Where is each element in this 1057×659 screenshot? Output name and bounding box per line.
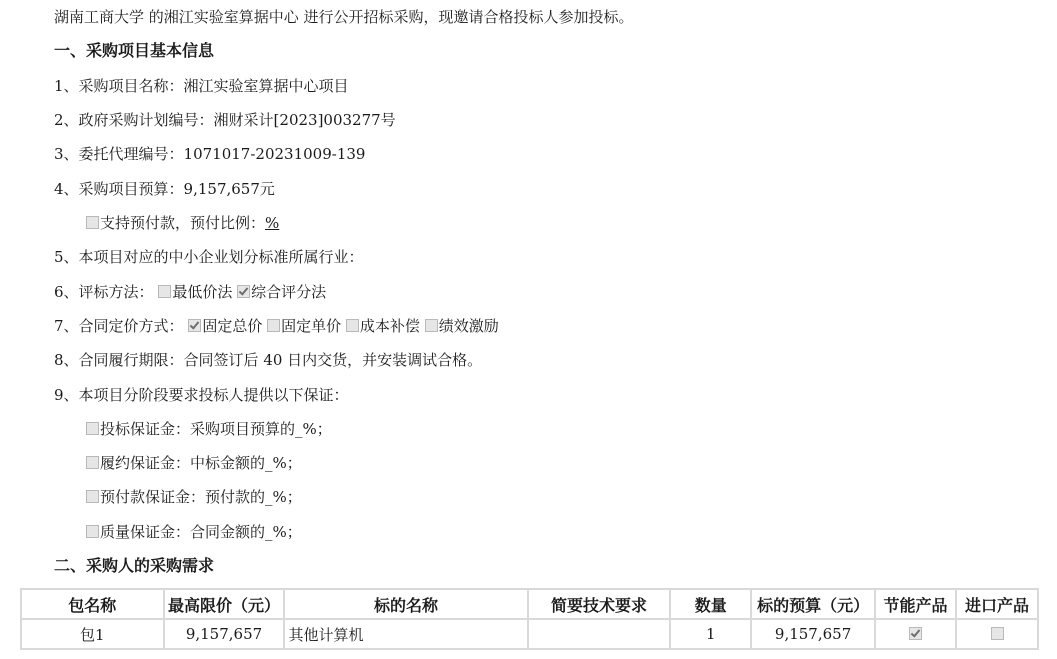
label-prepayment-guarantee: 预付款保证金：预付款的_%； [100,488,302,506]
checkbox-performance-incentive[interactable] [425,319,438,332]
guarantee-prepayment: 预付款保证金：预付款的_%； [86,487,302,507]
section2-heading: 二、采购人的采购需求 [54,556,214,576]
item-agency-number: 3、委托代理编号：1071017-20231009-139 [54,144,365,164]
checkbox-bid-guarantee[interactable] [86,422,99,435]
pricing-method-label: 7、合同定价方式： [54,317,184,335]
table-header-row: 包名称 最高限价（元） 标的名称 简要技术要求 数量 标的预算（元） 节能产品 … [21,589,1038,619]
item-industry: 5、本项目对应的中小企业划分标准所属行业： [54,247,364,267]
cell-imported [956,619,1038,649]
item-guarantees: 9、本项目分阶段要求投标人提供以下保证： [54,385,349,405]
label-performance-incentive: 绩效激励 [439,317,499,335]
prepay-checkbox[interactable] [86,216,99,229]
header-package-name: 包名称 [21,589,164,619]
cell-quantity: 1 [670,619,751,649]
checkbox-energy-saving[interactable] [909,627,922,640]
cell-energy-saving [875,619,956,649]
checkbox-cost-compensation[interactable] [346,319,359,332]
checkbox-comprehensive-score[interactable] [237,285,250,298]
intro-text: 湖南工商大学 的湘江实验室算据中心 进行公开招标采购，现邀请合格投标人参加投标。 [54,7,634,27]
header-tech-req: 简要技术要求 [528,589,671,619]
cell-budget: 9,157,657 [751,619,875,649]
item-project-name: 1、采购项目名称：湘江实验室算据中心项目 [54,76,349,96]
header-max-price: 最高限价（元） [164,589,285,619]
checkbox-quality-guarantee[interactable] [86,525,99,538]
cell-item-name: 其他计算机 [284,619,527,649]
prepay-ratio: % [265,214,279,232]
header-quantity: 数量 [670,589,751,619]
checkbox-fixed-total[interactable] [188,319,201,332]
cell-tech-req [528,619,671,649]
checkbox-fixed-unit[interactable] [267,319,280,332]
checkbox-performance-guarantee[interactable] [86,456,99,469]
label-bid-guarantee: 投标保证金：采购项目预算的_%； [100,420,332,438]
table-row: 包1 9,157,657 其他计算机 1 9,157,657 [21,619,1038,649]
header-budget: 标的预算（元） [751,589,875,619]
label-lowest-price: 最低价法 [172,283,232,301]
prepay-row: 支持预付款，预付比例：% [86,213,279,233]
header-imported: 进口产品 [956,589,1038,619]
header-item-name: 标的名称 [284,589,527,619]
prepay-label: 支持预付款，预付比例： [100,214,265,232]
label-fixed-total: 固定总价 [202,317,262,335]
cell-max-price: 9,157,657 [164,619,285,649]
header-energy-saving: 节能产品 [875,589,956,619]
label-performance-guarantee: 履约保证金：中标金额的_%； [100,454,302,472]
checkbox-lowest-price[interactable] [158,285,171,298]
cell-package-name: 包1 [21,619,164,649]
item-evaluation-method: 6、评标方法： 最低价法 综合评分法 [54,282,326,302]
item-pricing-method: 7、合同定价方式： 固定总价 固定单价 成本补偿 绩效激励 [54,316,499,336]
label-comprehensive-score: 综合评分法 [251,283,326,301]
section1-heading: 一、采购项目基本信息 [54,41,214,61]
checkbox-imported[interactable] [991,627,1004,640]
requirements-table: 包名称 最高限价（元） 标的名称 简要技术要求 数量 标的预算（元） 节能产品 … [20,588,1039,650]
guarantee-quality: 质量保证金：合同金额的_%； [86,522,302,542]
item-budget: 4、采购项目预算：9,157,657元 [54,179,275,199]
label-cost-compensation: 成本补偿 [360,317,420,335]
label-quality-guarantee: 质量保证金：合同金额的_%； [100,523,302,541]
evaluation-method-label: 6、评标方法： [54,283,154,301]
item-contract-period: 8、合同履行期限：合同签订后 40 日内交货，并安装调试合格。 [54,350,482,370]
guarantee-bid: 投标保证金：采购项目预算的_%； [86,419,332,439]
guarantee-performance: 履约保证金：中标金额的_%； [86,453,302,473]
label-fixed-unit: 固定单价 [281,317,341,335]
checkbox-prepayment-guarantee[interactable] [86,490,99,503]
item-plan-number: 2、政府采购计划编号：湘财采计[2023]003277号 [54,110,396,130]
